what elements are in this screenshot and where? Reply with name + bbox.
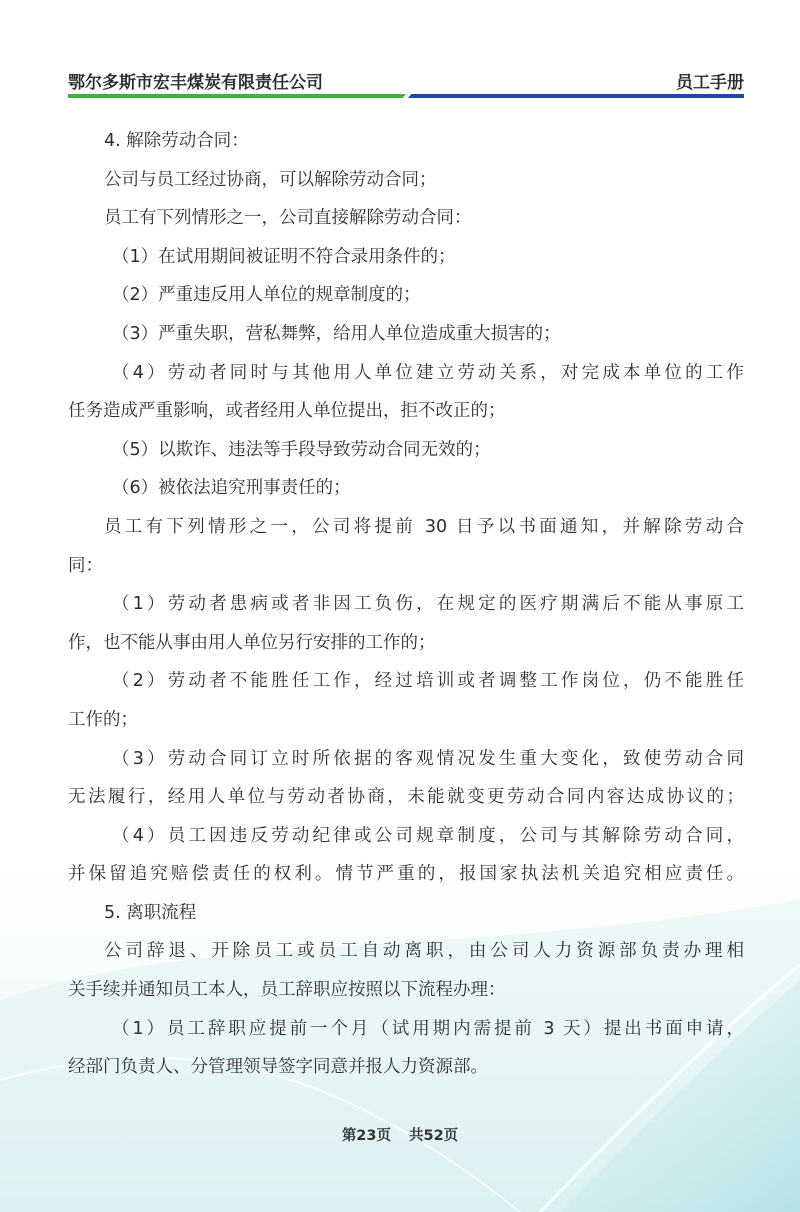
text-line: （1）劳动者患病或者非因工负伤，在规定的医疗期满后不能从事原工 xyxy=(68,585,744,624)
text-line: 并保留追究赔偿责任的权利。情节严重的，报国家执法机关追究相应责任。 xyxy=(68,855,744,894)
text-line: （4）劳动者同时与其他用人单位建立劳动关系，对完成本单位的工作 xyxy=(68,354,744,393)
company-name: 鄂尔多斯市宏丰煤炭有限责任公司 xyxy=(68,68,323,93)
text-line: （5）以欺诈、违法等手段导致劳动合同无效的； xyxy=(68,431,744,470)
text-line: 5. 离职流程 xyxy=(68,894,744,933)
text-line: （1）员工辞职应提前一个月（试用期内需提前 3 天）提出书面申请， xyxy=(68,1010,744,1049)
header-rule-green xyxy=(68,94,406,98)
text-line: 4. 解除劳动合同： xyxy=(68,122,744,161)
text-line: （3）劳动合同订立时所依据的客观情况发生重大变化，致使劳动合同 xyxy=(68,740,744,779)
text-line: 员工有下列情形之一，公司直接解除劳动合同： xyxy=(68,199,744,238)
document-title: 员工手册 xyxy=(676,68,744,93)
text-line: 同： xyxy=(68,547,744,586)
text-line: 经部门负责人、分管理领导签字同意并报人力资源部。 xyxy=(68,1048,744,1087)
text-line: 员工有下列情形之一，公司将提前 30 日予以书面通知，并解除劳动合 xyxy=(68,508,744,547)
text-line: 公司辞退、开除员工或员工自动离职，由公司人力资源部负责办理相 xyxy=(68,932,744,971)
header-rule xyxy=(68,94,744,98)
text-line: （2）严重违反用人单位的规章制度的； xyxy=(68,276,744,315)
text-line: （3）严重失职，营私舞弊，给用人单位造成重大损害的； xyxy=(68,315,744,354)
header-rule-blue xyxy=(408,94,744,98)
text-line: 无法履行，经用人单位与劳动者协商，未能就变更劳动合同内容达成协议的； xyxy=(68,778,744,817)
text-line: 作，也不能从事由用人单位另行安排的工作的； xyxy=(68,624,744,663)
text-line: 公司与员工经过协商，可以解除劳动合同； xyxy=(68,161,744,200)
page-header: 鄂尔多斯市宏丰煤炭有限责任公司 员工手册 xyxy=(68,62,744,98)
total-pages-label: 共52页 xyxy=(409,1124,458,1145)
text-line: （6）被依法追究刑事责任的； xyxy=(68,469,744,508)
page-footer: 第23页共52页 xyxy=(0,1124,800,1145)
current-page-label: 第23页 xyxy=(342,1124,391,1145)
text-line: 工作的； xyxy=(68,701,744,740)
text-line: 关手续并通知员工本人，员工辞职应按照以下流程办理： xyxy=(68,971,744,1010)
text-line: （4）员工因违反劳动纪律或公司规章制度，公司与其解除劳动合同， xyxy=(68,817,744,856)
text-line: （2）劳动者不能胜任工作，经过培训或者调整工作岗位，仍不能胜任 xyxy=(68,662,744,701)
body-text: 4. 解除劳动合同：公司与员工经过协商，可以解除劳动合同；员工有下列情形之一，公… xyxy=(68,122,744,1087)
text-line: （1）在试用期间被证明不符合录用条件的； xyxy=(68,238,744,277)
text-line: 任务造成严重影响，或者经用人单位提出，拒不改正的； xyxy=(68,392,744,431)
document-page: 鄂尔多斯市宏丰煤炭有限责任公司 员工手册 4. 解除劳动合同：公司与员工经过协商… xyxy=(0,0,800,1212)
